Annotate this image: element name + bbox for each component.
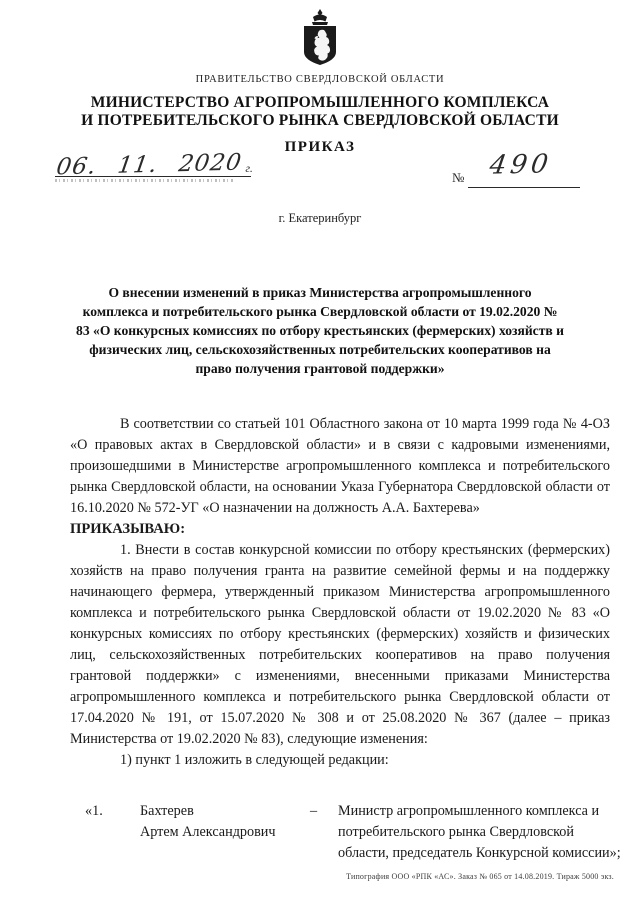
handwritten-date: 06. 11. 2020 [53, 150, 244, 181]
member-position: Министр агропромышленного комплекса и по… [338, 801, 625, 864]
handwritten-number: 490 [488, 149, 554, 181]
member-given-names: Артем Александрович [140, 822, 310, 843]
date-number-row: 06. 11. 2020 г. № 490 [0, 156, 640, 200]
ministry-name-line1: МИНИСТЕРСТВО АГРОПРОМЫШЛЕННОГО КОМПЛЕКСА [0, 94, 640, 112]
number-block: № 490 [452, 156, 587, 196]
government-line: ПРАВИТЕЛЬСТВО СВЕРДЛОВСКОЙ ОБЛАСТИ [0, 74, 640, 85]
preamble-paragraph: В соответствии со статьей 101 Областного… [70, 414, 610, 519]
date-block: 06. 11. 2020 г. [55, 152, 255, 182]
letterhead: ПРАВИТЕЛЬСТВО СВЕРДЛОВСКОЙ ОБЛАСТИ МИНИС… [0, 0, 640, 156]
subitem-1-paragraph: 1) пункт 1 изложить в следующей редакции… [70, 750, 610, 771]
number-label: № [452, 170, 464, 186]
row-dash: – [310, 801, 338, 822]
date-caption-microtext [55, 179, 235, 182]
number-underline [468, 187, 580, 188]
city-line: г. Екатеринбург [0, 211, 640, 226]
item-1-paragraph: 1. Внести в состав конкурсной комиссии п… [70, 540, 610, 750]
document-page: ПРАВИТЕЛЬСТВО СВЕРДЛОВСКОЙ ОБЛАСТИ МИНИС… [0, 0, 640, 905]
ministry-name-line2: И ПОТРЕБИТЕЛЬСКОГО РЫНКА СВЕРДЛОВСКОЙ ОБ… [0, 112, 640, 130]
member-name: Бахтерев Артем Александрович [140, 801, 310, 843]
print-shop-footnote: Типография ООО «РПК «АС». Заказ № 065 от… [346, 872, 614, 881]
commission-member-row: «1. Бахтерев Артем Александрович – Минис… [85, 801, 610, 864]
member-surname: Бахтерев [140, 801, 310, 822]
date-suffix: г. [245, 161, 253, 175]
body-text: В соответствии со статьей 101 Областного… [70, 414, 610, 771]
order-word: ПРИКАЗЫВАЮ: [70, 519, 610, 540]
row-number: «1. [85, 801, 140, 822]
sverdlovsk-coat-of-arms-icon [293, 8, 347, 68]
order-title: О внесении изменений в приказ Министерст… [75, 283, 565, 378]
